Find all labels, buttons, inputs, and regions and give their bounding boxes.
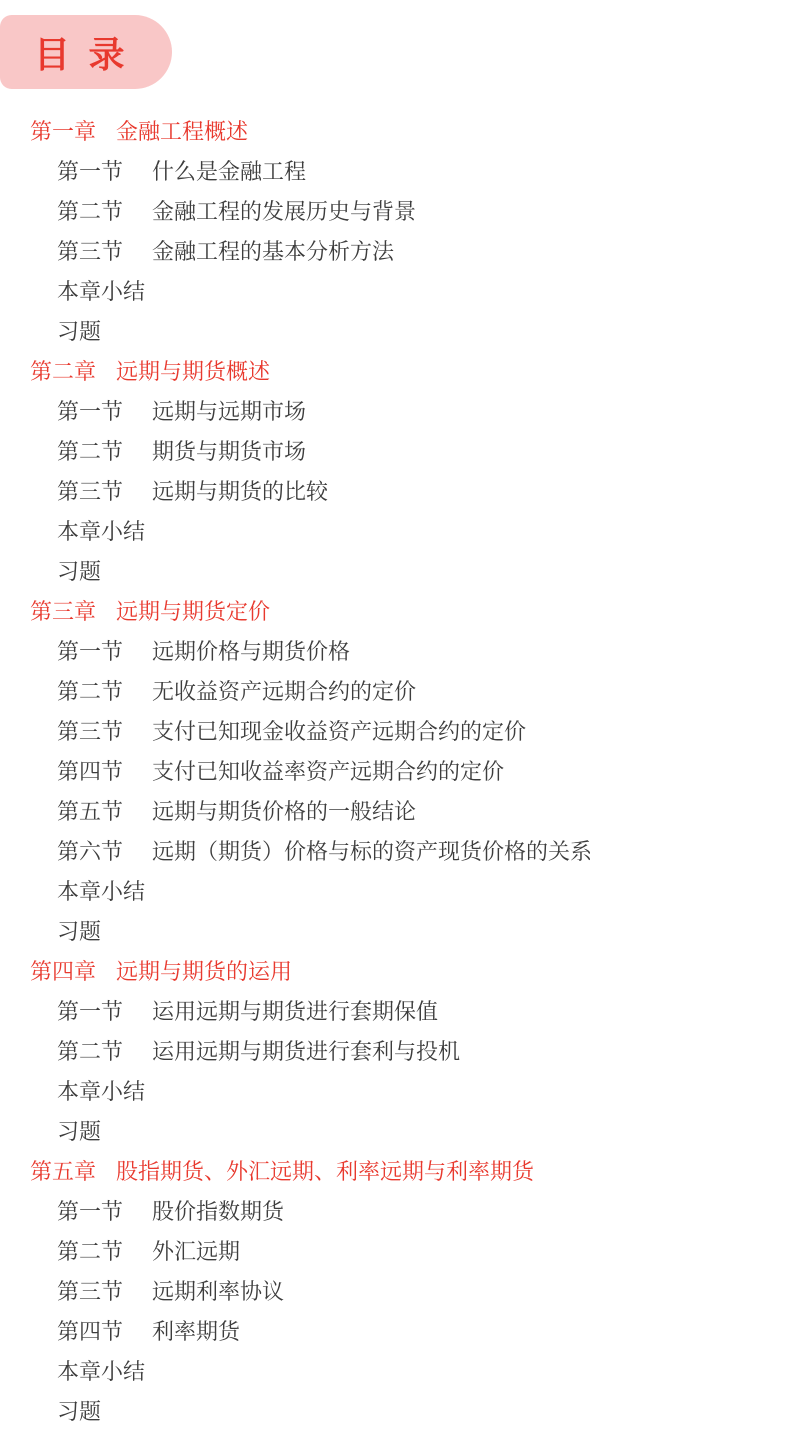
section-title: 运用远期与期货进行套期保值 bbox=[152, 993, 438, 1033]
section-title: 远期价格与期货价格 bbox=[152, 633, 350, 673]
section-entry[interactable]: 第三节 支付已知现金收益资产远期合约的定价 bbox=[0, 713, 790, 753]
section-title: 本章小结 bbox=[57, 1353, 145, 1393]
toc-header-label: 目 录 bbox=[34, 27, 128, 78]
section-title: 金融工程的基本分析方法 bbox=[152, 233, 394, 273]
section-title: 远期与期货价格的一般结论 bbox=[152, 793, 416, 833]
section-number: 第三节 bbox=[57, 1273, 123, 1313]
section-number: 第一节 bbox=[57, 393, 123, 433]
section-title: 什么是金融工程 bbox=[152, 153, 306, 193]
chapter-summary-entry[interactable]: 本章小结 bbox=[0, 1073, 790, 1113]
section-number: 第五节 bbox=[57, 793, 123, 833]
section-title: 习题 bbox=[57, 1393, 101, 1433]
section-title: 习题 bbox=[57, 1113, 101, 1153]
section-title: 本章小结 bbox=[57, 273, 145, 313]
chapter-title: 金融工程概述 bbox=[116, 113, 248, 153]
chapter-number: 第四章 bbox=[30, 953, 96, 993]
chapter-number: 第三章 bbox=[30, 593, 96, 633]
section-title: 支付已知现金收益资产远期合约的定价 bbox=[152, 713, 526, 753]
section-number: 第三节 bbox=[57, 233, 123, 273]
section-entry[interactable]: 第一节 远期与远期市场 bbox=[0, 393, 790, 433]
section-title: 本章小结 bbox=[57, 1073, 145, 1113]
section-number: 第三节 bbox=[57, 473, 123, 513]
section-number: 第四节 bbox=[57, 753, 123, 793]
section-title: 外汇远期 bbox=[152, 1233, 240, 1273]
section-number: 第一节 bbox=[57, 993, 123, 1033]
exercises-entry[interactable]: 习题 bbox=[0, 313, 790, 353]
section-number: 第二节 bbox=[57, 193, 123, 233]
section-entry[interactable]: 第四节 利率期货 bbox=[0, 1313, 790, 1353]
section-title: 远期利率协议 bbox=[152, 1273, 284, 1313]
chapter-summary-entry[interactable]: 本章小结 bbox=[0, 273, 790, 313]
section-number: 第二节 bbox=[57, 673, 123, 713]
exercises-entry[interactable]: 习题 bbox=[0, 913, 790, 953]
chapter-title: 远期与期货定价 bbox=[116, 593, 270, 633]
section-entry[interactable]: 第一节 运用远期与期货进行套期保值 bbox=[0, 993, 790, 1033]
chapter-number: 第二章 bbox=[30, 353, 96, 393]
section-entry[interactable]: 第一节 股价指数期货 bbox=[0, 1193, 790, 1233]
section-entry[interactable]: 第二节 运用远期与期货进行套利与投机 bbox=[0, 1033, 790, 1073]
section-number: 第一节 bbox=[57, 1193, 123, 1233]
chapter-heading[interactable]: 第一章 金融工程概述 bbox=[0, 113, 790, 153]
section-title: 习题 bbox=[57, 553, 101, 593]
section-entry[interactable]: 第三节 远期与期货的比较 bbox=[0, 473, 790, 513]
section-entry[interactable]: 第六节 远期（期货）价格与标的资产现货价格的关系 bbox=[0, 833, 790, 873]
section-title: 利率期货 bbox=[152, 1313, 240, 1353]
section-title: 支付已知收益率资产远期合约的定价 bbox=[152, 753, 504, 793]
section-entry[interactable]: 第三节 远期利率协议 bbox=[0, 1273, 790, 1313]
section-title: 本章小结 bbox=[57, 513, 145, 553]
chapter-summary-entry[interactable]: 本章小结 bbox=[0, 873, 790, 913]
exercises-entry[interactable]: 习题 bbox=[0, 1113, 790, 1153]
section-entry[interactable]: 第三节 金融工程的基本分析方法 bbox=[0, 233, 790, 273]
section-number: 第六节 bbox=[57, 833, 123, 873]
chapter-summary-entry[interactable]: 本章小结 bbox=[0, 1353, 790, 1393]
section-entry[interactable]: 第五节 远期与期货价格的一般结论 bbox=[0, 793, 790, 833]
section-title: 远期（期货）价格与标的资产现货价格的关系 bbox=[152, 833, 592, 873]
section-entry[interactable]: 第二节 金融工程的发展历史与背景 bbox=[0, 193, 790, 233]
section-number: 第四节 bbox=[57, 1313, 123, 1353]
chapter-title: 远期与期货的运用 bbox=[116, 953, 292, 993]
toc-header-badge: 目 录 bbox=[0, 15, 172, 89]
section-title: 习题 bbox=[57, 913, 101, 953]
section-title: 无收益资产远期合约的定价 bbox=[152, 673, 416, 713]
exercises-entry[interactable]: 习题 bbox=[0, 553, 790, 593]
chapter-heading[interactable]: 第五章 股指期货、外汇远期、利率远期与利率期货 bbox=[0, 1153, 790, 1193]
chapter-title: 股指期货、外汇远期、利率远期与利率期货 bbox=[116, 1153, 534, 1193]
section-title: 本章小结 bbox=[57, 873, 145, 913]
table-of-contents: 第一章 金融工程概述 第一节 什么是金融工程 第二节 金融工程的发展历史与背景 … bbox=[0, 113, 790, 1433]
section-entry[interactable]: 第四节 支付已知收益率资产远期合约的定价 bbox=[0, 753, 790, 793]
section-entry[interactable]: 第二节 外汇远期 bbox=[0, 1233, 790, 1273]
section-title: 远期与远期市场 bbox=[152, 393, 306, 433]
exercises-entry[interactable]: 习题 bbox=[0, 1393, 790, 1433]
section-title: 运用远期与期货进行套利与投机 bbox=[152, 1033, 460, 1073]
chapter-heading[interactable]: 第二章 远期与期货概述 bbox=[0, 353, 790, 393]
section-title: 金融工程的发展历史与背景 bbox=[152, 193, 416, 233]
section-number: 第二节 bbox=[57, 433, 123, 473]
section-title: 股价指数期货 bbox=[152, 1193, 284, 1233]
chapter-heading[interactable]: 第三章 远期与期货定价 bbox=[0, 593, 790, 633]
section-number: 第一节 bbox=[57, 153, 123, 193]
section-entry[interactable]: 第一节 什么是金融工程 bbox=[0, 153, 790, 193]
section-title: 习题 bbox=[57, 313, 101, 353]
section-number: 第三节 bbox=[57, 713, 123, 753]
chapter-number: 第一章 bbox=[30, 113, 96, 153]
section-number: 第二节 bbox=[57, 1033, 123, 1073]
chapter-summary-entry[interactable]: 本章小结 bbox=[0, 513, 790, 553]
chapter-heading[interactable]: 第四章 远期与期货的运用 bbox=[0, 953, 790, 993]
section-entry[interactable]: 第二节 期货与期货市场 bbox=[0, 433, 790, 473]
chapter-number: 第五章 bbox=[30, 1153, 96, 1193]
section-title: 远期与期货的比较 bbox=[152, 473, 328, 513]
section-number: 第二节 bbox=[57, 1233, 123, 1273]
section-number: 第一节 bbox=[57, 633, 123, 673]
section-entry[interactable]: 第一节 远期价格与期货价格 bbox=[0, 633, 790, 673]
section-title: 期货与期货市场 bbox=[152, 433, 306, 473]
section-entry[interactable]: 第二节 无收益资产远期合约的定价 bbox=[0, 673, 790, 713]
chapter-title: 远期与期货概述 bbox=[116, 353, 270, 393]
